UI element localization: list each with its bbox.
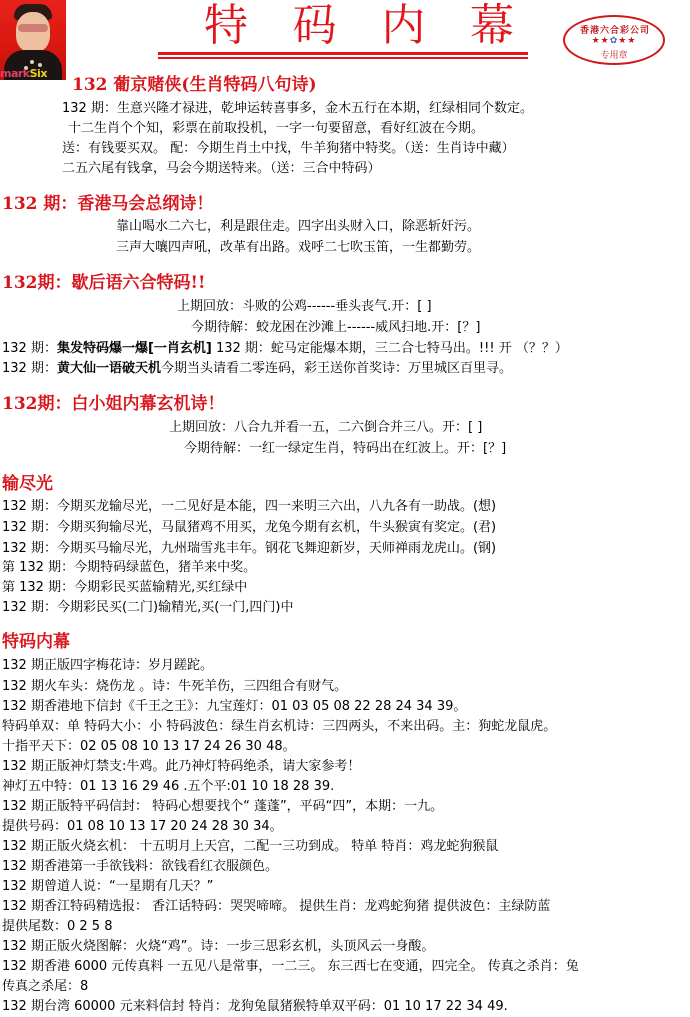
section-heading-xiehouyu: 132期：歇后语六合特码!! [2, 268, 205, 293]
period-prefix: 132 期： [2, 361, 57, 376]
title-char: 幕 [470, 0, 514, 52]
title-char: 内 [381, 0, 425, 52]
section-heading-lose-all: 输尽光 [2, 469, 53, 494]
xiehouyu-last-result: 上期回放：斗败的公鸡------垂头丧气.开：[ ] [177, 297, 432, 317]
insider-line: 132 期香江特码精选报： 香江话特码：哭哭啼啼。 提供生肖：龙鸡蛇狗猪 提供波… [2, 897, 550, 917]
title-underline [158, 57, 528, 59]
brand-mark: mark [0, 67, 30, 80]
title-underline [158, 52, 528, 55]
section-heading-insider: 特码内幕 [2, 627, 70, 652]
title-char: 码 [293, 0, 337, 52]
star-icon: ★★ [592, 36, 610, 46]
insider-line: 132 期正版四字梅花诗：岁月蹉跎。 [2, 656, 213, 676]
star-icon: ★★ [618, 36, 636, 46]
insider-line: 132 期正版火烧图解：火烧“鸡”。诗：一步三思彩玄机，头顶风云一身酸。 [2, 937, 434, 957]
section-heading-jockey: 132 期：香港马会总纲诗！ [2, 189, 213, 214]
avatar-button-dot [30, 60, 34, 64]
insider-line: 132 期香港地下信封《千王之王》：九宝莲灯：01 03 05 08 22 28… [2, 697, 466, 717]
lose-all-line: 第 132 期：今期特码绿蓝色，猪羊来中奖。 [2, 558, 256, 578]
insider-line: 132 期台湾 60000 元来料信封 特肖：龙狗兔鼠猪猴特单双平码：01 10… [2, 997, 508, 1017]
insider-line: 传真之杀尾：8 [2, 977, 88, 997]
stamp-stars: ★★✿★★ [565, 36, 663, 46]
insider-line: 132 期曾道人说：“一星期有几天？” [2, 877, 213, 897]
jockey-line: 靠山喝水二六七，利是跟住走。四字出头财入口，除恶斩奸污。 [116, 217, 480, 237]
insider-line: 132 期正版神灯禁支:牛鸡。此乃神灯特码绝杀，请大家参考！ [2, 757, 360, 777]
miss-bai-last-result: 上期回放：八合九并看一五，二六倒合并三八。开：[ ] [169, 418, 482, 438]
section-heading-poem8: 132 葡京赌侠(生肖特码八句诗) [72, 70, 317, 95]
insider-line: 特码单双：单 特码大小：小 特码波色：绿生肖玄机诗：三四两头，不来出码。主：狗蛇… [2, 717, 556, 737]
xiehouyu-this-riddle: 今期待解：蛟龙困在沙滩上------威风扫地.开：[？] [191, 318, 480, 338]
row-text: 今期当头请看二零连码，彩王送你首奖诗：万里城区百里寻。 [161, 361, 512, 376]
flower-icon: ✿ [610, 36, 619, 46]
bold-title: 集发特码爆一爆[一肖玄机] [57, 341, 212, 356]
page-title: 特 码 内 幕 [160, 0, 530, 56]
bold-title: 黄大仙一语破天机 [57, 361, 161, 376]
period-prefix: 132 期： [2, 341, 57, 356]
title-char: 特 [204, 0, 248, 52]
row-text: 132 期：蛇马定能爆本期，三二合七特马出。!!! 开 （？？） [212, 341, 568, 356]
insider-line: 提供尾数：0 2 5 8 [2, 917, 112, 937]
avatar-face [16, 12, 50, 52]
insider-line: 提供号码：01 08 10 13 17 20 24 28 30 34。 [2, 817, 283, 837]
stamp-label: 专用章 [565, 48, 663, 61]
seal-stamp-icon: 香港六合彩公司 ★★✿★★ 专用章 [563, 15, 665, 65]
section-heading-miss-bai: 132期：白小姐内幕玄机诗！ [2, 389, 225, 414]
poem8-line: 二五六尾有钱拿，马会今期送特来。（送：三合中特码） [62, 159, 381, 179]
insider-line: 132 期正版特平码信封： 特码心想要找个“ 蓬蓬”，平码“四”，本期：一九。 [2, 797, 443, 817]
insider-line: 神灯五中特：01 13 16 29 46 .五个平:01 10 18 28 39… [2, 777, 334, 797]
insider-line: 132 期香港 6000 元传真料 一五见八是常事，一二三。 东三西七在变通，四… [2, 957, 579, 977]
lose-all-line: 第 132 期：今期彩民买蓝输精光,买红绿中 [2, 578, 247, 598]
lose-all-line: 132 期：今期买狗输尽光，马鼠猪鸡不用买，龙兔今期有玄机，牛头猴寅有奖定。(君… [2, 518, 496, 538]
avatar-brand-logo: markSix [0, 67, 47, 80]
xiehouyu-row-1: 132 期：集发特码爆一爆[一肖玄机] 132 期：蛇马定能爆本期，三二合七特马… [2, 339, 568, 359]
insider-line: 132 期正版火烧玄机： 十五明月上天宫，二配一三功到成。 特单 特肖：鸡龙蛇狗… [2, 837, 498, 857]
xiehouyu-row-2: 132 期：黄大仙一语破天机今期当头请看二零连码，彩王送你首奖诗：万里城区百里寻… [2, 359, 512, 379]
insider-line: 十指平天下：02 05 08 10 13 17 24 26 30 48。 [2, 737, 296, 757]
lose-all-line: 132 期：今期买龙输尽光，一二见好是本能，四一来明三六出，八九各有一助战。(想… [2, 497, 496, 517]
insider-line: 132 期火车头：烧伤龙 。诗：牛死羊伤，三四组合有财气。 [2, 677, 347, 697]
poem8-line: 132 期：生意兴隆才禄进，乾坤运转喜事多，金木五行在本期，红绿相同个数定。 [62, 99, 533, 119]
avatar-glasses [18, 24, 48, 32]
insider-line: 132 期香港第一手欲钱料：欲钱看红衣服颜色。 [2, 857, 278, 877]
lose-all-line: 132 期：今期买马输尽光，九州瑞雪兆丰年。钢花飞舞迎新岁，天师禅雨龙虎山。(钢… [2, 539, 496, 559]
avatar-image: markSix [0, 0, 66, 80]
poem8-line: 送：有钱要买双。 配：今期生肖土中找，牛羊狗猪中特奖。（送：生肖诗中藏） [62, 139, 515, 159]
brand-six: Six [30, 67, 47, 80]
miss-bai-this-riddle: 今期待解：一红一绿定生肖，特码出在红波上。开：[？] [184, 439, 506, 459]
poem8-line: 十二生肖个个知，彩票在前取投机，一字一句要留意，看好红波在今期。 [68, 119, 484, 139]
jockey-line: 三声大嚷四声吼，改革有出路。戏呼二七吹玉笛，一生都勤劳。 [116, 238, 480, 258]
stamp-company-text: 香港六合彩公司 [571, 23, 659, 36]
lose-all-line: 132 期：今期彩民买(二门)输精光,买(一门,四门)中 [2, 598, 294, 618]
